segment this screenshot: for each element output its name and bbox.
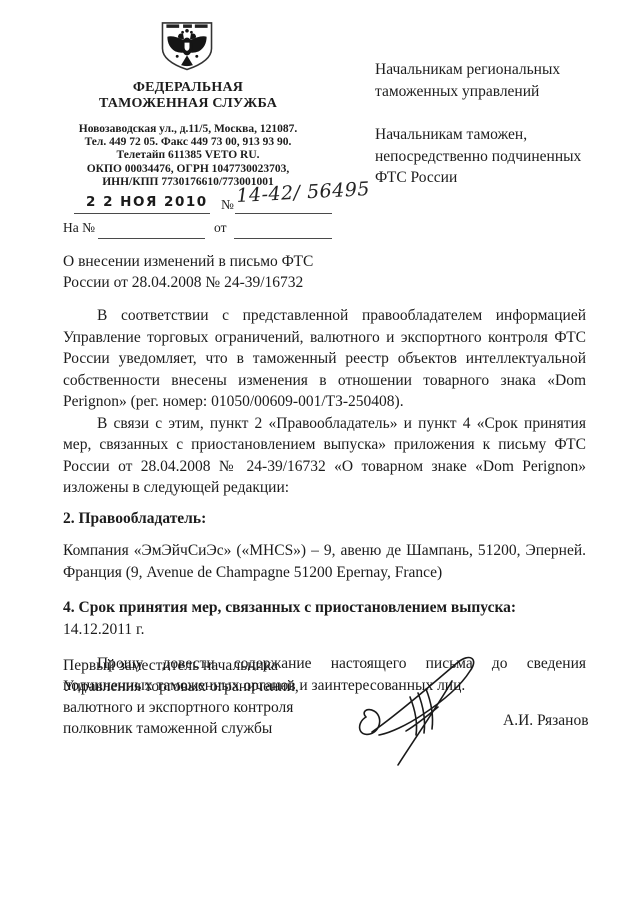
org-address: Новозаводская ул., д.11/5, Москва, 12108…	[60, 123, 316, 189]
addressee-line: непосредственно подчиненных	[375, 146, 597, 168]
addressees: Начальникам региональных таможенных упра…	[375, 59, 597, 189]
number-sign-label: №	[221, 197, 234, 213]
addressee-line: таможенных управлений	[375, 81, 597, 103]
org-name-line2: ТАМОЖЕННАЯ СЛУЖБА	[60, 96, 316, 112]
address-line: Тел. 449 72 05. Факс 449 73 00, 913 93 9…	[60, 136, 316, 149]
ref-na-underline	[98, 238, 205, 239]
section-4-value: 14.12.2011 г.	[63, 621, 145, 638]
signer-title-line: Первый заместитель начальника	[63, 655, 353, 676]
addressee-line: Начальникам таможен,	[375, 124, 597, 146]
body-paragraph-1: В соответствии с представленной правообл…	[63, 305, 586, 413]
address-line: Новозаводская ул., д.11/5, Москва, 12108…	[60, 123, 316, 136]
address-line: ОКПО 00034476, ОГРН 1047730023703,	[60, 163, 316, 176]
ref-ot-underline	[234, 238, 332, 239]
signer-name: А.И. Рязанов	[503, 712, 589, 730]
body-paragraph-2: В связи с этим, пункт 2 «Правообладатель…	[63, 413, 586, 499]
date-underline	[74, 213, 210, 214]
signer-title: Первый заместитель начальника Управления…	[63, 655, 353, 739]
letter-body: В соответствии с представленной правообл…	[63, 305, 586, 696]
section-2-heading: 2. Правообладатель:	[63, 508, 586, 530]
addressee-block-customs: Начальникам таможен, непосредственно под…	[375, 124, 597, 189]
subject-line1: О внесении изменений в письмо ФТС	[63, 251, 393, 272]
document-page: ФЕДЕРАЛЬНАЯ ТАМОЖЕННАЯ СЛУЖБА Новозаводс…	[0, 0, 640, 900]
addressee-line: Начальникам региональных	[375, 59, 597, 81]
coat-of-arms-emblem	[159, 21, 215, 72]
signer-title-line: валютного и экспортного контроля	[63, 697, 353, 718]
number-underline	[235, 213, 332, 214]
subject-line2: России от 28.04.2008 № 24-39/16732	[63, 272, 393, 293]
ref-ot-label: от	[214, 220, 226, 236]
section-4-label: 4. Срок принятия мер, связанных с приост…	[63, 599, 516, 616]
date-stamp: 2 2 НОЯ 2010	[86, 194, 208, 210]
ref-na-label: На №	[63, 220, 95, 236]
address-line: Телетайп 611385 VETO RU.	[60, 149, 316, 162]
addressee-line: ФТС России	[375, 167, 597, 189]
signer-title-line: полковник таможенной службы	[63, 718, 353, 739]
addressee-block-regional: Начальникам региональных таможенных упра…	[375, 59, 597, 102]
section-4-line: 4. Срок принятия мер, связанных с приост…	[63, 597, 586, 640]
handwritten-signature	[352, 645, 487, 770]
org-name: ФЕДЕРАЛЬНАЯ ТАМОЖЕННАЯ СЛУЖБА	[60, 80, 316, 111]
signer-title-line: Управления торговых ограничений,	[63, 676, 353, 697]
org-name-line1: ФЕДЕРАЛЬНАЯ	[60, 80, 316, 96]
section-2-text: Компания «ЭмЭйчСиЭс» («MHCS») – 9, авеню…	[63, 540, 586, 583]
subject-line: О внесении изменений в письмо ФТС России…	[63, 251, 393, 293]
